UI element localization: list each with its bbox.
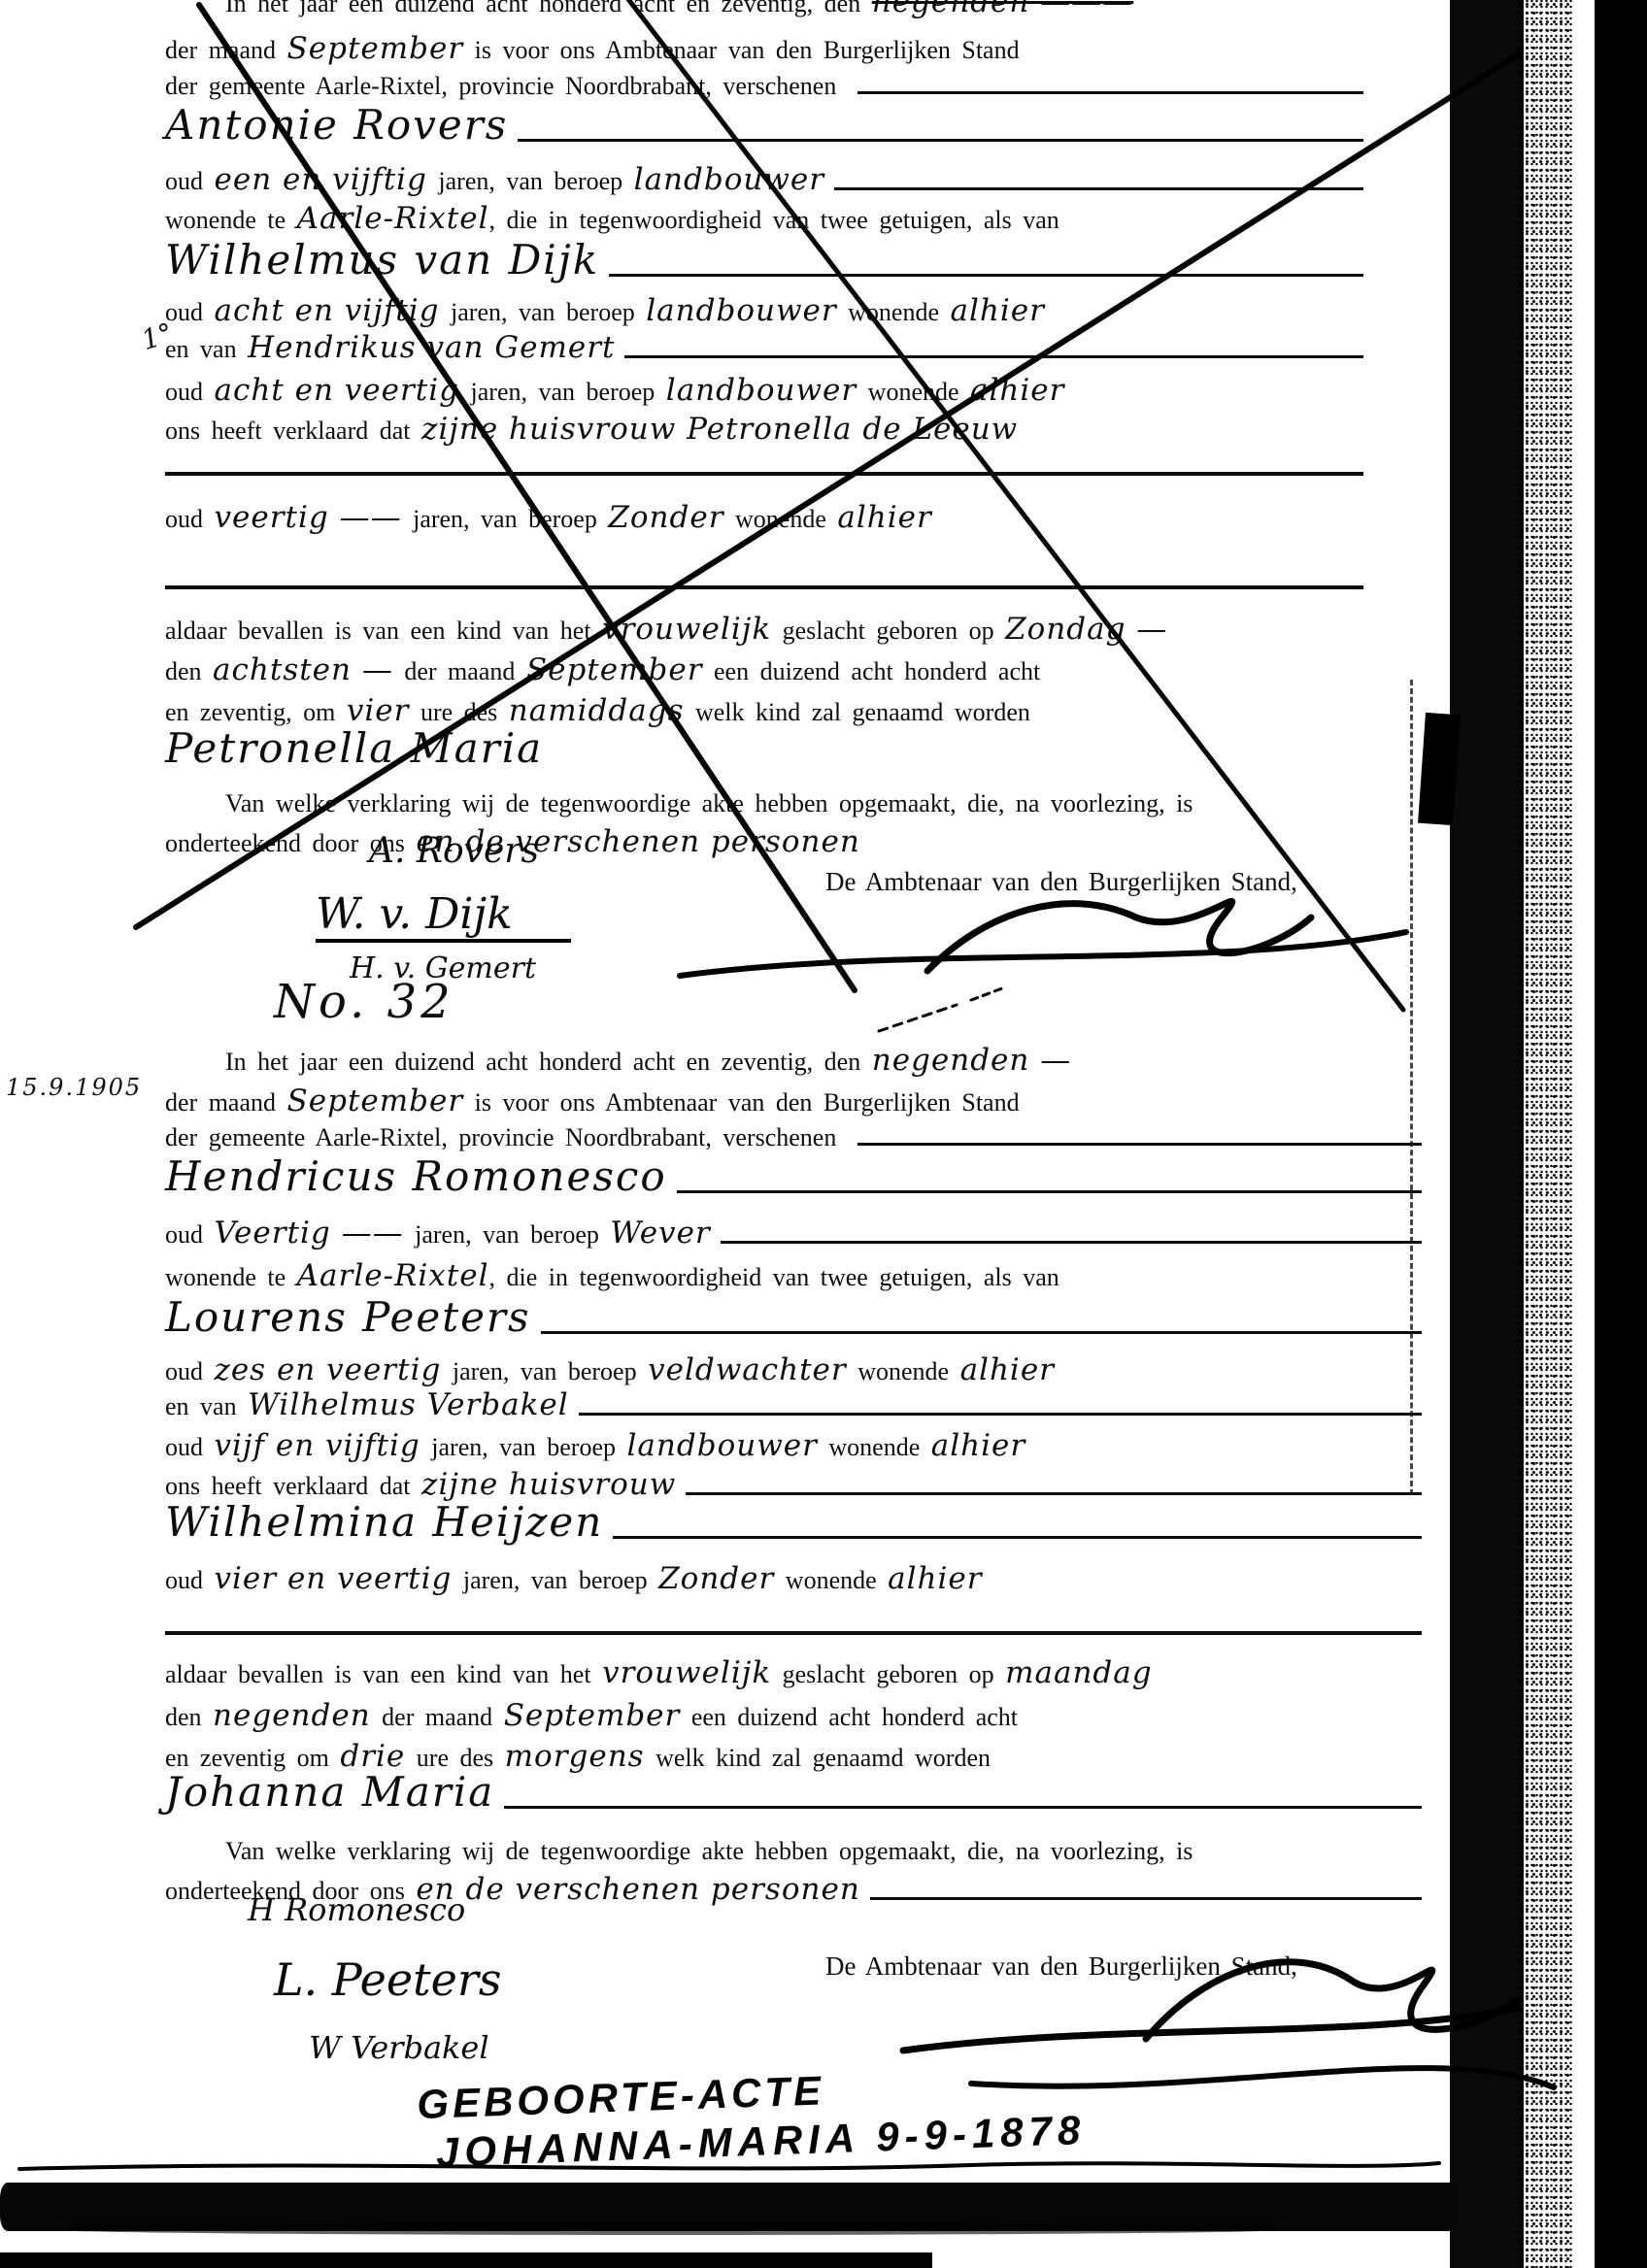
signature-father-act1: A. Rovers: [369, 831, 539, 871]
birth-act-crossed-out: In het jaar een duizend acht honderd ach…: [165, 0, 1369, 859]
act-line: wonende te Aarle-Rixtel, die in tegenwoo…: [165, 201, 1369, 236]
act-line: en van Wilhelmus Verbakel: [165, 1387, 1428, 1422]
signature-father-act2: H Romonesco: [248, 1891, 465, 1928]
fill-rule: [165, 1631, 1422, 1635]
act-line: ons heeft verklaard dat zijne huisvrouw: [165, 1467, 1428, 1502]
act-line: den negenden der maand September een dui…: [165, 1698, 1428, 1733]
scan-edge-black-band: [1595, 0, 1647, 2268]
printed-text: een duizend acht honderd acht: [703, 657, 1041, 686]
act-line: oud Veertig —— jaren, van beroep Wever: [165, 1216, 1428, 1251]
printed-text: der maand: [165, 1088, 287, 1117]
handwritten-text: landbouwer: [634, 162, 824, 197]
printed-text: jaren, van beroep: [420, 1433, 627, 1462]
fill-rule: [165, 472, 1363, 476]
handwritten-text: vier en veertig: [215, 1561, 453, 1596]
official-signature-flourish-act1: [680, 932, 1406, 976]
printed-text: is voor ons Ambtenaar van den Burgerlijk…: [463, 36, 1019, 65]
printed-text: Van welke verklaring wij de tegenwoordig…: [225, 789, 1193, 818]
margin-note-date: 15.9.1905: [6, 1074, 142, 1101]
scan-bottom-edge-strip: [0, 2252, 932, 2268]
printed-text: ons heeft verklaard dat: [165, 417, 421, 446]
handwritten-text: morgens: [505, 1739, 645, 1774]
fill-rule: [686, 1492, 1422, 1495]
handwritten-text: vrouwelijk: [602, 1655, 771, 1690]
handwritten-text: September: [287, 31, 464, 66]
printed-text: oud: [165, 1220, 215, 1250]
fill-rule: [613, 1536, 1422, 1539]
printed-text: welk kind zal genaamd worden: [645, 1744, 991, 1773]
handwritten-text: zijne huisvrouw: [421, 1467, 676, 1502]
scan-bottom-band-frayed-edge: [39, 2223, 1301, 2235]
archive-stamp: GEBOORTE-ACTE JOHANNA-MARIA 9-9-1878: [416, 2058, 1087, 2177]
act-line: [165, 585, 1369, 596]
act2-lines: In het jaar een duizend acht honderd ach…: [165, 1043, 1428, 1907]
printed-text: wonende: [847, 1357, 960, 1386]
printed-text: jaren, van beroep: [440, 298, 647, 327]
printed-text: wonende: [818, 1433, 931, 1462]
fill-rule: [579, 1413, 1422, 1416]
act-line: oud acht en veertig jaren, van beroep la…: [165, 373, 1369, 408]
printed-text: geslacht geboren op: [771, 617, 1005, 646]
fill-rule: [870, 1897, 1422, 1900]
act-line: Johanna Maria: [165, 1768, 1428, 1816]
printed-text: der gemeente Aarle-Rixtel, provincie Noo…: [165, 1123, 848, 1152]
handwritten-text: en de verschenen personen: [416, 1872, 859, 1907]
printed-text: jaren, van beroep: [427, 167, 634, 196]
printed-text: wonende: [837, 298, 951, 327]
act-line: Hendricus Romonesco: [165, 1152, 1428, 1200]
handwritten-text: alhier: [960, 1352, 1055, 1387]
official-signature-scrawl-act1: [927, 901, 1311, 971]
handwritten-text: alhier: [837, 500, 931, 535]
printed-text: wonende: [724, 505, 838, 534]
printed-text: aldaar bevallen is van een kind van het: [165, 617, 602, 646]
printed-text: der maand: [165, 36, 287, 65]
printed-text: In het jaar een duizend acht honderd ach…: [225, 0, 872, 18]
handwritten-text: September: [526, 652, 703, 687]
handwritten-text: Hendricus Romonesco: [165, 1152, 667, 1200]
signature-witness2-act2: W Verbakel: [309, 2029, 489, 2066]
handwritten-text: alhier: [970, 373, 1064, 408]
printed-text: jaren, van beroep: [459, 378, 666, 407]
act-line: Wilhelmus van Dijk: [165, 236, 1369, 283]
handwritten-text: Wever: [610, 1216, 710, 1251]
scan-dotted-fold-line: [1410, 680, 1413, 1495]
printed-text: jaren, van beroep: [441, 1357, 648, 1386]
handwritten-text: negenden —: [872, 1043, 1071, 1078]
printed-text: der gemeente Aarle-Rixtel, provincie Noo…: [165, 72, 848, 101]
handwritten-text: alhier: [951, 293, 1045, 328]
act-line: der gemeente Aarle-Rixtel, provincie Noo…: [165, 72, 1369, 101]
handwritten-text: landbouwer: [627, 1428, 818, 1463]
act-line: aldaar bevallen is van een kind van het …: [165, 1655, 1428, 1690]
act-line: oud zes en veertig jaren, van beroep vel…: [165, 1352, 1428, 1387]
act-line: oud een en vijftig jaren, van beroep lan…: [165, 162, 1369, 197]
handwritten-text: negenden: [213, 1698, 371, 1733]
printed-text: oud: [165, 1566, 215, 1595]
handwritten-text: Zondag —: [1005, 612, 1167, 647]
handwritten-text: vrouwelijk: [602, 612, 771, 647]
act-line: wonende te Aarle-Rixtel, die in tegenwoo…: [165, 1258, 1428, 1293]
fill-rule: [504, 1806, 1422, 1809]
fill-rule: [518, 139, 1363, 142]
fill-rule: [624, 355, 1363, 358]
act-line: oud veertig —— jaren, van beroep Zonder …: [165, 500, 1369, 535]
act-line: ons heeft verklaard dat zijne huisvrouw …: [165, 412, 1369, 447]
fill-rule: [721, 1241, 1422, 1244]
handwritten-text: namiddags: [509, 693, 685, 728]
printed-text: wonende te: [165, 1263, 297, 1292]
signature-witness2-act1: H. v. Gemert: [350, 951, 536, 985]
printed-text: Van welke verklaring wij de tegenwoordig…: [225, 1837, 1193, 1866]
fill-rule: [165, 585, 1363, 589]
fill-rule: [677, 1190, 1422, 1193]
handwritten-text: Zonder: [658, 1561, 774, 1596]
act-line: den achtsten — der maand September een d…: [165, 652, 1369, 687]
printed-text: der maand: [393, 657, 526, 686]
act-line: In het jaar een duizend acht honderd ach…: [165, 1043, 1428, 1078]
printed-text: oud: [165, 378, 215, 407]
printed-text: wonende te: [165, 206, 297, 235]
printed-text: , die in tegenwoordigheid van twee getui…: [489, 206, 1059, 235]
act-line: Lourens Peeters: [165, 1293, 1428, 1341]
fill-rule: [834, 187, 1363, 190]
act-line: onderteekend door ons en de verschenen p…: [165, 824, 1369, 859]
signature-witness1-act1: W. v. Dijk: [316, 889, 571, 943]
act-line: [165, 472, 1369, 483]
handwritten-text: achtsten —: [213, 652, 393, 687]
printed-text: en van: [165, 1392, 248, 1421]
act-line: Petronella Maria: [165, 724, 1369, 772]
handwritten-text: Petronella Maria: [165, 724, 543, 772]
handwritten-text: acht en veertig: [215, 373, 460, 408]
handwritten-text: negenden ———: [872, 0, 1133, 19]
handwritten-text: Wilhelmus Verbakel: [248, 1387, 569, 1422]
act-line: [165, 1631, 1428, 1642]
scanned-birth-register-page: In het jaar een duizend acht honderd ach…: [0, 0, 1647, 2268]
printed-text: aldaar bevallen is van een kind van het: [165, 1660, 602, 1689]
act-line: oud acht en vijftig jaren, van beroep la…: [165, 293, 1369, 328]
act-line: en zeventig, om vier ure des namiddags w…: [165, 693, 1369, 728]
handwritten-text: zes en veertig: [215, 1352, 442, 1387]
act-line: der gemeente Aarle-Rixtel, provincie Noo…: [165, 1123, 1428, 1152]
act-line: oud vijf en vijftig jaren, van beroep la…: [165, 1428, 1428, 1463]
handwritten-text: veldwachter: [648, 1352, 847, 1387]
fill-rule: [857, 1143, 1422, 1146]
fill-rule: [541, 1331, 1422, 1334]
act-line: der maand September is voor ons Ambtenaa…: [165, 31, 1369, 66]
printed-text: den: [165, 1703, 213, 1732]
printed-text: oud: [165, 298, 215, 327]
printed-text: en zeventig, om: [165, 698, 347, 727]
act-line: Wilhelmina Heijzen: [165, 1498, 1428, 1546]
fill-rule: [857, 91, 1363, 94]
printed-text: ons heeft verklaard dat: [165, 1472, 421, 1501]
handwritten-text: Wilhelmina Heijzen: [165, 1498, 603, 1546]
printed-text: geslacht geboren op: [771, 1660, 1005, 1689]
handwritten-text: vijf en vijftig: [215, 1428, 420, 1463]
printed-text: oud: [165, 1357, 215, 1386]
printed-text: In het jaar een duizend acht honderd ach…: [225, 1048, 872, 1077]
handwritten-text: Lourens Peeters: [165, 1293, 531, 1341]
scan-binding-speckle: [1517, 0, 1573, 2268]
handwritten-text: Aarle-Rixtel: [297, 1258, 489, 1293]
printed-text: jaren, van beroep: [402, 505, 609, 534]
act-line: aldaar bevallen is van een kind van het …: [165, 612, 1369, 647]
birth-act-no-32: No. 32 In het jaar een duizend acht hond…: [165, 975, 1428, 1907]
printed-text: en van: [165, 335, 248, 364]
printed-text: oud: [165, 167, 215, 196]
handwritten-text: maandag: [1005, 1655, 1153, 1690]
act-line: Antonie Rovers: [165, 101, 1369, 149]
printed-text: den: [165, 657, 213, 686]
handwritten-text: landbouwer: [666, 373, 857, 408]
printed-text: ure des: [409, 698, 508, 727]
handwritten-text: vier: [347, 693, 410, 728]
handwritten-text: alhier: [931, 1428, 1025, 1463]
handwritten-text: September: [504, 1698, 681, 1733]
handwritten-text: Aarle-Rixtel: [297, 201, 489, 236]
printed-text: jaren, van beroep: [404, 1220, 611, 1250]
printed-text: oud: [165, 505, 215, 534]
official-title-act2: De Ambtenaar van den Burgerlijken Stand,: [825, 1951, 1297, 1982]
act-line: In het jaar een duizend acht honderd ach…: [165, 0, 1369, 19]
scan-binding-shadow: [1450, 0, 1524, 2268]
printed-text: der maand: [371, 1703, 504, 1732]
handwritten-text: veertig ——: [215, 500, 402, 535]
handwritten-text: zijne huisvrouw Petronella de Leeuw: [421, 412, 1018, 447]
handwritten-text: acht en vijftig: [215, 293, 440, 328]
printed-text: , die in tegenwoordigheid van twee getui…: [489, 1263, 1059, 1292]
handwritten-text: Wilhelmus van Dijk: [165, 236, 599, 283]
handwritten-text: Johanna Maria: [165, 1768, 494, 1816]
act-line: Van welke verklaring wij de tegenwoordig…: [165, 789, 1369, 818]
fill-rule: [609, 274, 1363, 277]
handwritten-text: landbouwer: [646, 293, 836, 328]
handwritten-text: een en vijftig: [215, 162, 427, 197]
printed-text: welk kind zal genaamd worden: [684, 698, 1029, 727]
printed-text: jaren, van beroep: [452, 1566, 658, 1595]
handwritten-text: Hendrikus van Gemert: [248, 330, 615, 365]
act-line: der maand September is voor ons Ambtenaa…: [165, 1084, 1428, 1118]
printed-text: wonende: [774, 1566, 888, 1595]
official-signature-flourish-act2: [903, 2008, 1520, 2051]
signature-witness1-act2: L. Peeters: [274, 1953, 501, 2006]
printed-text: wonende: [857, 378, 970, 407]
act-line: Van welke verklaring wij de tegenwoordig…: [165, 1837, 1428, 1866]
act-line: oud vier en veertig jaren, van beroep Zo…: [165, 1561, 1428, 1596]
handwritten-text: September: [287, 1084, 464, 1118]
printed-text: oud: [165, 1433, 215, 1462]
handwritten-text: Zonder: [608, 500, 723, 535]
printed-text: een duizend acht honderd acht: [680, 1703, 1018, 1732]
handwritten-text: alhier: [888, 1561, 982, 1596]
official-title-act1: De Ambtenaar van den Burgerlijken Stand,: [825, 867, 1297, 897]
act1-lines: In het jaar een duizend acht honderd ach…: [165, 0, 1369, 859]
act-line: en van Hendrikus van Gemert: [165, 330, 1369, 365]
handwritten-text: Antonie Rovers: [165, 101, 508, 149]
handwritten-text: Veertig ——: [215, 1216, 404, 1251]
printed-text: is voor ons Ambtenaar van den Burgerlijk…: [463, 1088, 1019, 1117]
